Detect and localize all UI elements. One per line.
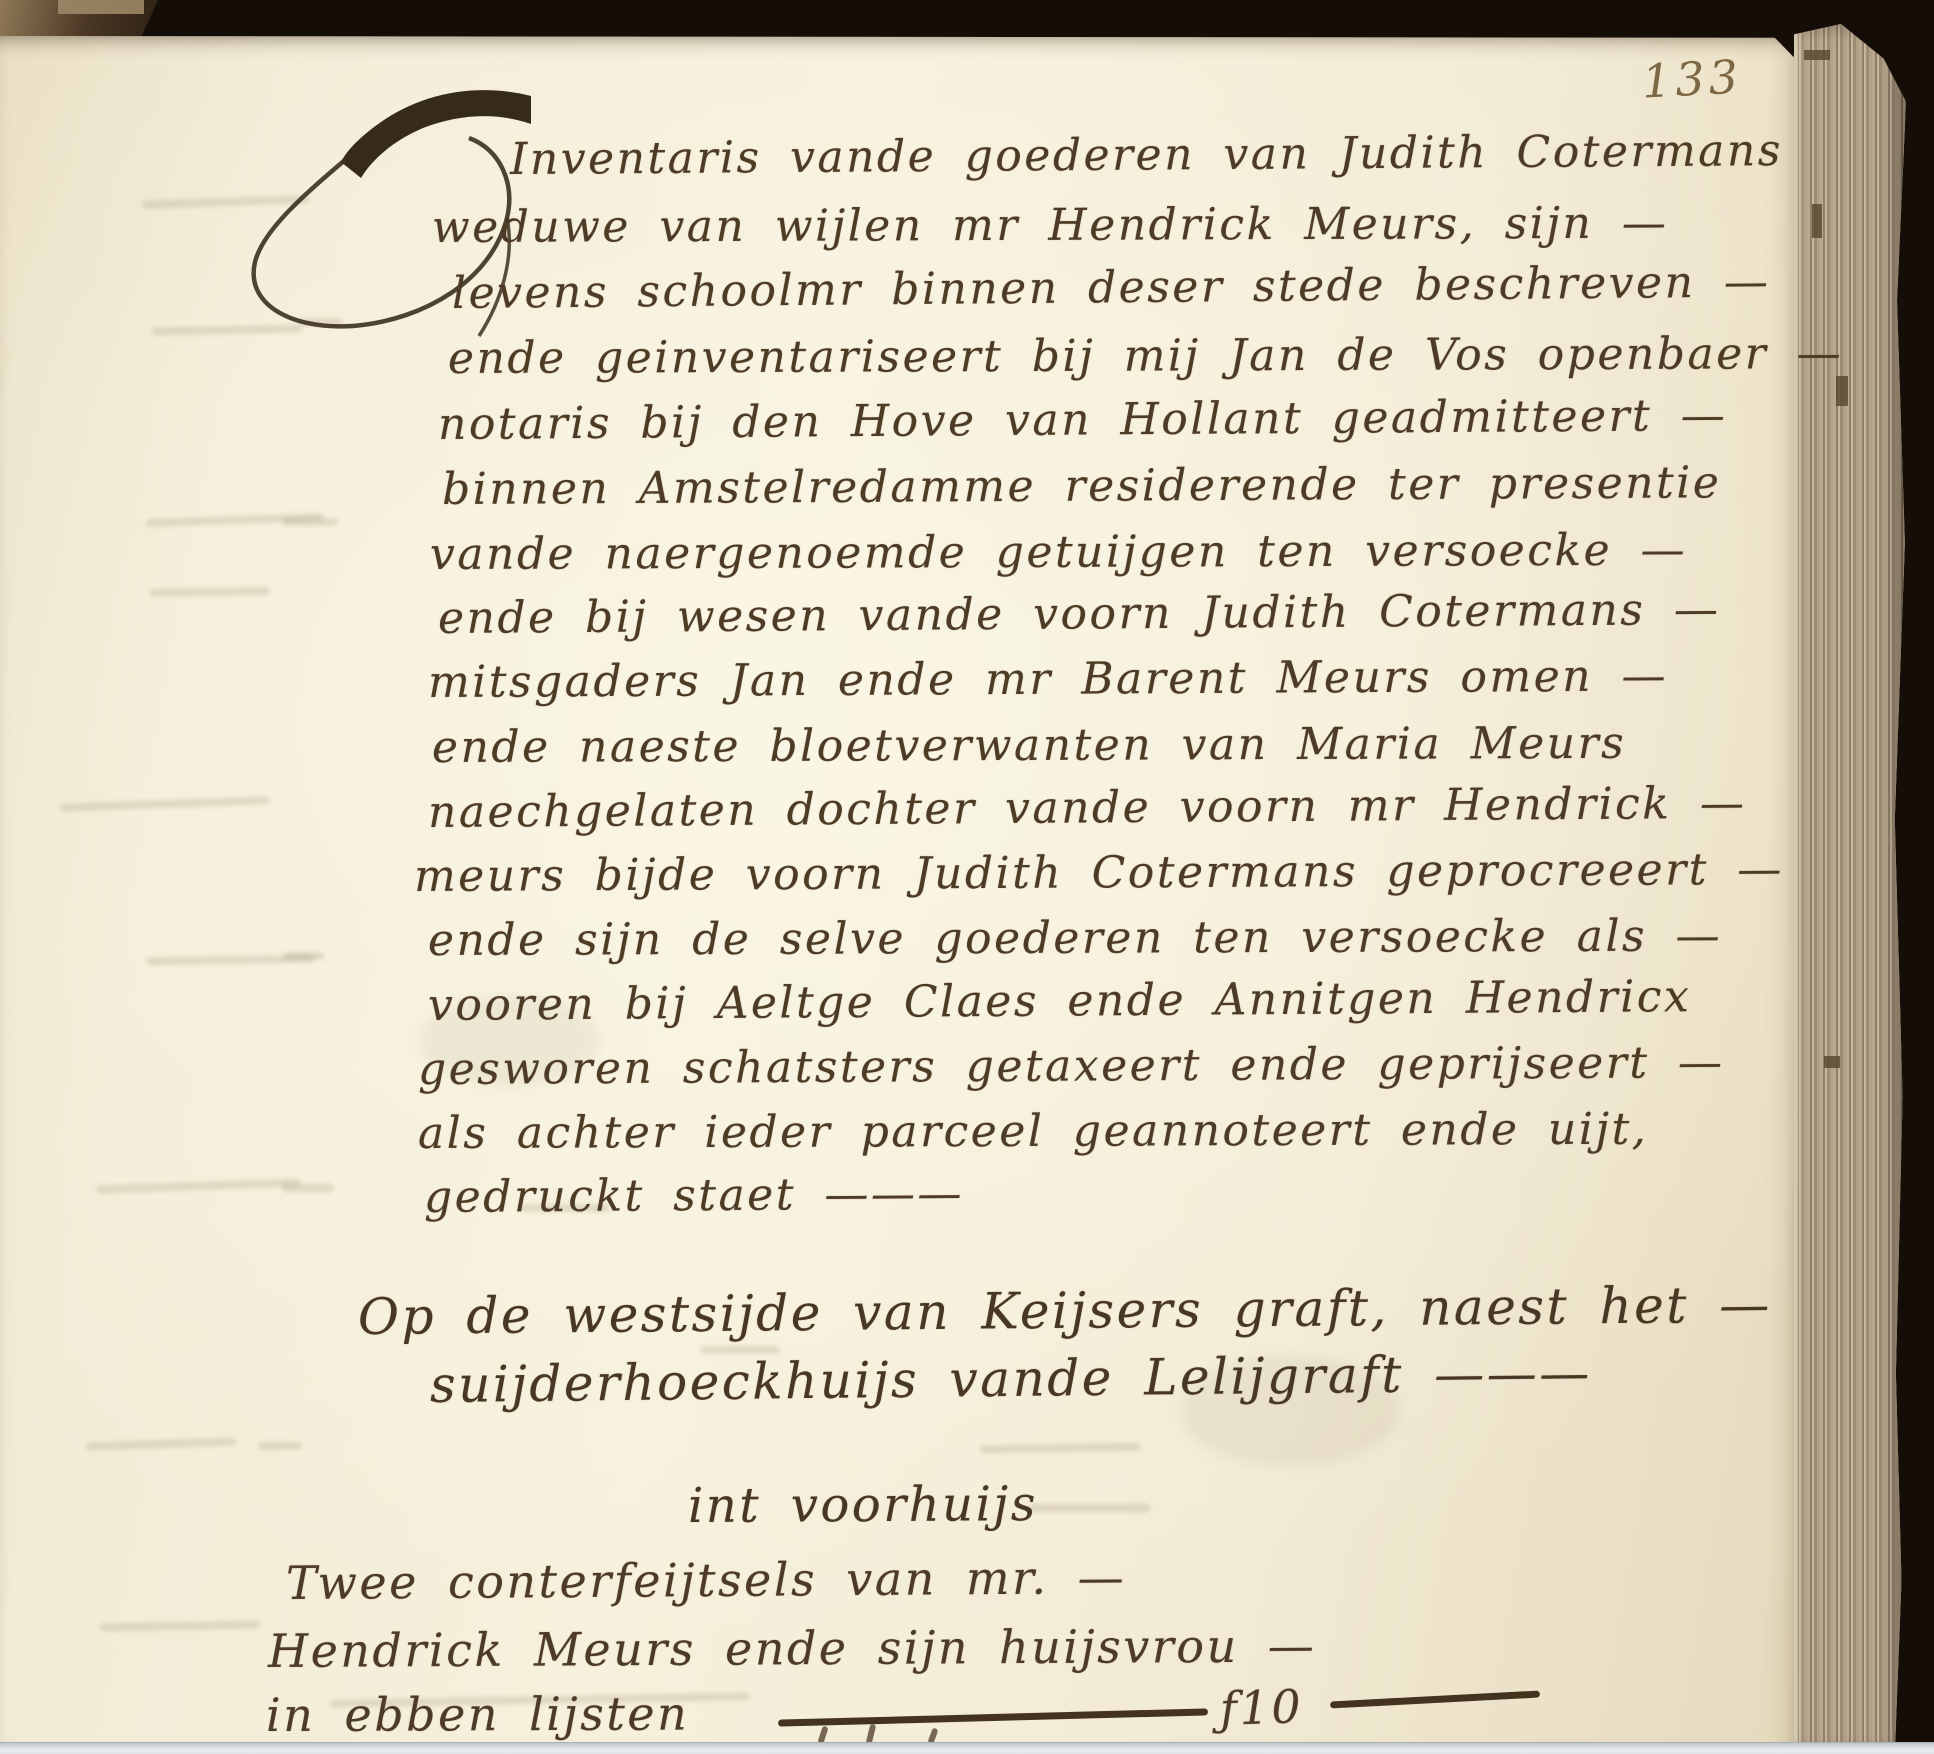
item-line: Twee conterfeijtsels van mr. —: [286, 1550, 1127, 1610]
manuscript-line: Inventaris vande goederen van Judith Cot…: [510, 125, 1783, 185]
horizontal-scrollbar[interactable]: [0, 1742, 1934, 1754]
fore-edge-nick: [1836, 376, 1848, 406]
manuscript-line: ende bij wesen vande voorn Judith Coterm…: [438, 584, 1721, 644]
bleed-mark: [258, 1442, 302, 1450]
manuscript-line: binnen Amstelredamme residerende ter pre…: [442, 457, 1722, 515]
item-valuation: ƒ10: [1219, 1679, 1304, 1736]
bleed-mark: [96, 1178, 301, 1193]
manuscript-line: vande naergenoemde getuijgen ten versoec…: [430, 525, 1687, 580]
manuscript-line: ende sijn de selve goederen ten versoeck…: [428, 910, 1722, 966]
page-number: 133: [1641, 49, 1744, 108]
fore-edge-nick: [1824, 1056, 1840, 1068]
bleed-mark: [150, 587, 270, 597]
room-heading: int voorhuijs: [688, 1476, 1038, 1534]
book-fore-edge: [1794, 24, 1906, 1754]
manuscript-line: vooren bij Aeltge Claes ende Annitgen He…: [428, 971, 1692, 1031]
book-cover-corner-highlight: [58, 0, 144, 14]
bleed-mark: [100, 1621, 260, 1632]
fore-edge-nick: [1804, 50, 1830, 60]
manuscript-line: gedruckt staet ———: [424, 1168, 964, 1223]
manuscript-line: ende naeste bloetverwanten van Maria Meu…: [432, 718, 1626, 773]
location-heading-line: suijderhoeckhuijs vande Lelijgraft ———: [430, 1344, 1592, 1414]
bleed-mark: [1030, 1504, 1150, 1512]
archive-photo: 133 Inventaris vande goederen van Judith…: [0, 0, 1934, 1754]
location-heading-line: Op de westsijde van Keijsers graft, naes…: [358, 1276, 1772, 1346]
bleed-mark: [60, 796, 270, 811]
manuscript-line: weduwe van wijlen mr Hendrick Meurs, sij…: [432, 198, 1668, 253]
fore-edge-nick: [1812, 204, 1822, 238]
item-line: Hendrick Meurs ende sijn huijsvrou —: [268, 1619, 1317, 1678]
item-line: in ebben lijsten: [266, 1687, 689, 1742]
manuscript-line: meurs bijde voorn Judith Cotermans gepro…: [414, 844, 1784, 902]
manuscript-line: ende geinventariseert bij mij Jan de Vos…: [448, 328, 1843, 384]
bleed-mark: [284, 952, 324, 960]
manuscript-line: gesworen schatsters getaxeert ende gepri…: [418, 1037, 1725, 1095]
manuscript-line: notaris bij den Hove van Hollant geadmit…: [438, 390, 1728, 450]
manuscript-line: als achter ieder parceel geannoteert end…: [418, 1104, 1648, 1159]
manuscript-line: mitsgaders Jan ende mr Barent Meurs omen…: [428, 651, 1668, 708]
bleed-mark: [282, 518, 338, 526]
bleed-mark: [980, 1443, 1140, 1454]
bleed-mark: [282, 1184, 334, 1192]
bleed-mark: [86, 1437, 236, 1450]
manuscript-line: naechgelaten dochter vande voorn mr Hend…: [428, 778, 1747, 838]
